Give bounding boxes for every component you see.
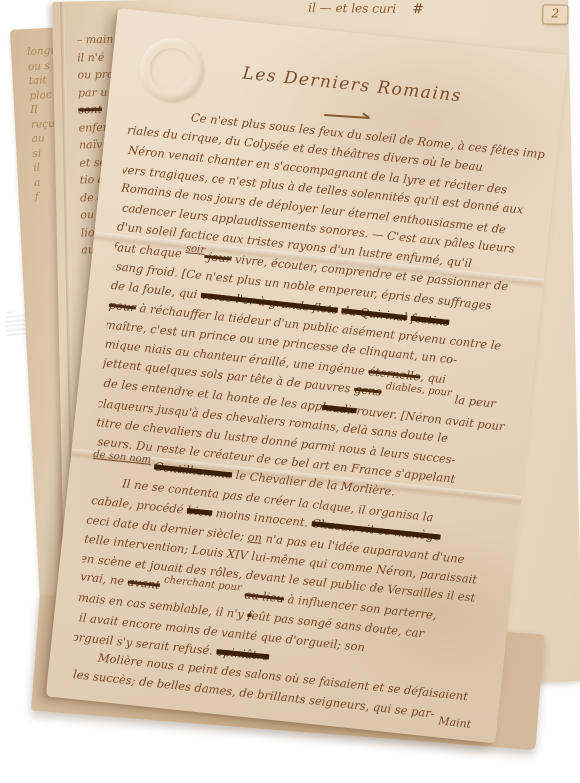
page-number-tab: 2 [542, 4, 568, 24]
manuscript-title: Les Derniers Romains [171, 56, 533, 114]
sheet-mid-header-fragment: il — et les curi# [308, 0, 423, 17]
photo-canvas: longuou staitplacIlreçuausiilaf il — et … [0, 0, 580, 783]
title-flourish [324, 110, 370, 121]
manuscript-body: Ce n'est plus sous les feux du soleil de… [68, 102, 546, 736]
header-fragment-text: il — et les curi [308, 1, 396, 16]
text-fragment: il n'é [77, 48, 114, 66]
text-fragment: ou pro [77, 66, 114, 84]
text-fragment: – main [77, 31, 114, 49]
manuscript-sheet-front: Les Derniers Romains Ce n'est plus sous … [46, 8, 568, 743]
hash-ink-mark: # [412, 1, 423, 17]
